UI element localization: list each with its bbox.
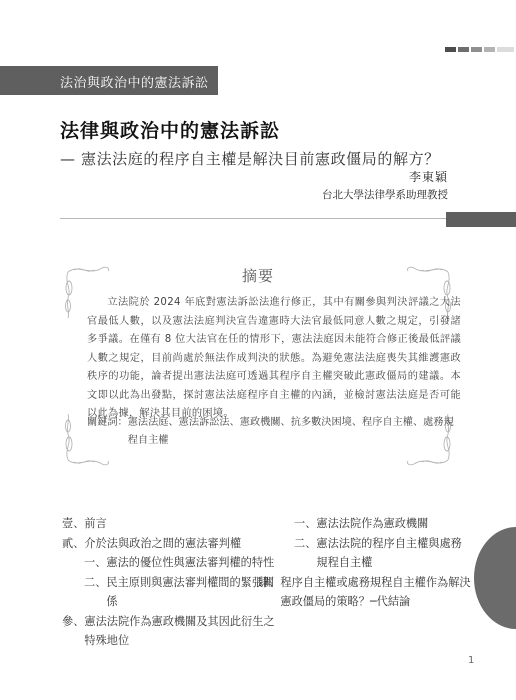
toc-item[interactable]: 參、 憲法法院作為憲政機關及其因此衍生之特殊地位: [62, 612, 284, 651]
toc-item[interactable]: 二、 憲法法院的程序自主權與處務規程自主權: [272, 534, 472, 573]
keywords: 關鍵詞： 憲法法庭、憲法訴訟法、憲政機關、抗多數決困境、程序自主權、處務規程自主…: [87, 414, 461, 449]
progress-segment-5: [497, 47, 514, 52]
page-number: 1: [468, 655, 474, 666]
author-name: 李東穎: [409, 168, 448, 185]
toc-item-text: 憲法的優位性與憲法審判權的特性: [106, 553, 284, 573]
toc-right-column: 一、 憲法法院作為憲政機關 二、 憲法法院的程序自主權與處務規程自主權 肆、 程…: [272, 514, 472, 612]
toc-item[interactable]: 二、 民主原則與憲法審判權間的緊張關係: [62, 573, 284, 612]
abstract-body: 立法院於 2024 年底對憲法訴訟法進行修正，其中有關參與判決評議之大法官最低人…: [87, 294, 461, 424]
toc-item-number: 壹、: [62, 514, 84, 534]
toc-item-text: 介於法與政治之間的憲法審判權: [84, 534, 284, 554]
toc-item-number: 肆、: [258, 573, 280, 612]
progress-segment-3: [471, 47, 482, 52]
toc-item-text: 程序自主權或處務規程自主權作為解決憲政僵局的策略？─代結論: [280, 573, 472, 612]
keywords-text: 憲法法庭、憲法訴訟法、憲政機關、抗多數決困境、程序自主權、處務規程自主權: [128, 414, 461, 449]
series-progress-bars: [445, 47, 514, 52]
article-subtitle: — 憲法法庭的程序自主權是解決目前憲政僵局的解方？: [60, 148, 440, 169]
divider-line: [60, 218, 446, 219]
toc-item[interactable]: 一、 憲法法院作為憲政機關: [272, 514, 472, 534]
toc-left-column: 壹、 前言 貳、 介於法與政治之間的憲法審判權 一、 憲法的優位性與憲法審判權的…: [62, 514, 284, 651]
toc-item[interactable]: 貳、 介於法與政治之間的憲法審判權: [62, 534, 284, 554]
toc-item-text: 前言: [84, 514, 284, 534]
toc-item[interactable]: 肆、 程序自主權或處務規程自主權作為解決憲政僵局的策略？─代結論: [258, 573, 472, 612]
side-tab-label: 法治與政治中 的憲法訴訟: [482, 546, 516, 600]
abstract-heading: 摘要: [0, 265, 516, 286]
section-header-band: 法治與政治中的憲法訴訟: [0, 66, 218, 95]
article-title: 法律與政治中的憲法訴訟: [60, 116, 280, 143]
toc-item-text: 憲法法院作為憲政機關: [316, 514, 472, 534]
author-affiliation: 台北大學法律學系助理教授: [322, 187, 448, 202]
toc-item-number: 參、: [62, 612, 84, 651]
toc-item-number: 一、: [84, 553, 106, 573]
keywords-label: 關鍵詞：: [87, 414, 128, 449]
toc-item-number: 二、: [84, 573, 106, 612]
divider-block: [446, 212, 516, 227]
section-label: 法治與政治中的憲法訴訟: [60, 72, 209, 91]
toc-item-text: 憲法法院作為憲政機關及其因此衍生之特殊地位: [84, 612, 284, 651]
progress-segment-1: [445, 47, 456, 52]
toc-item-number: 二、: [294, 534, 316, 573]
toc-item-number: 一、: [294, 514, 316, 534]
toc-item-number: 貳、: [62, 534, 84, 554]
progress-segment-2: [458, 47, 469, 52]
toc-item[interactable]: 一、 憲法的優位性與憲法審判權的特性: [62, 553, 284, 573]
progress-segment-4: [484, 47, 495, 52]
toc-item-text: 憲法法院的程序自主權與處務規程自主權: [316, 534, 472, 573]
abstract-paragraph: 立法院於 2024 年底對憲法訴訟法進行修正，其中有關參與判決評議之大法官最低人…: [87, 294, 461, 424]
toc-item[interactable]: 壹、 前言: [62, 514, 284, 534]
